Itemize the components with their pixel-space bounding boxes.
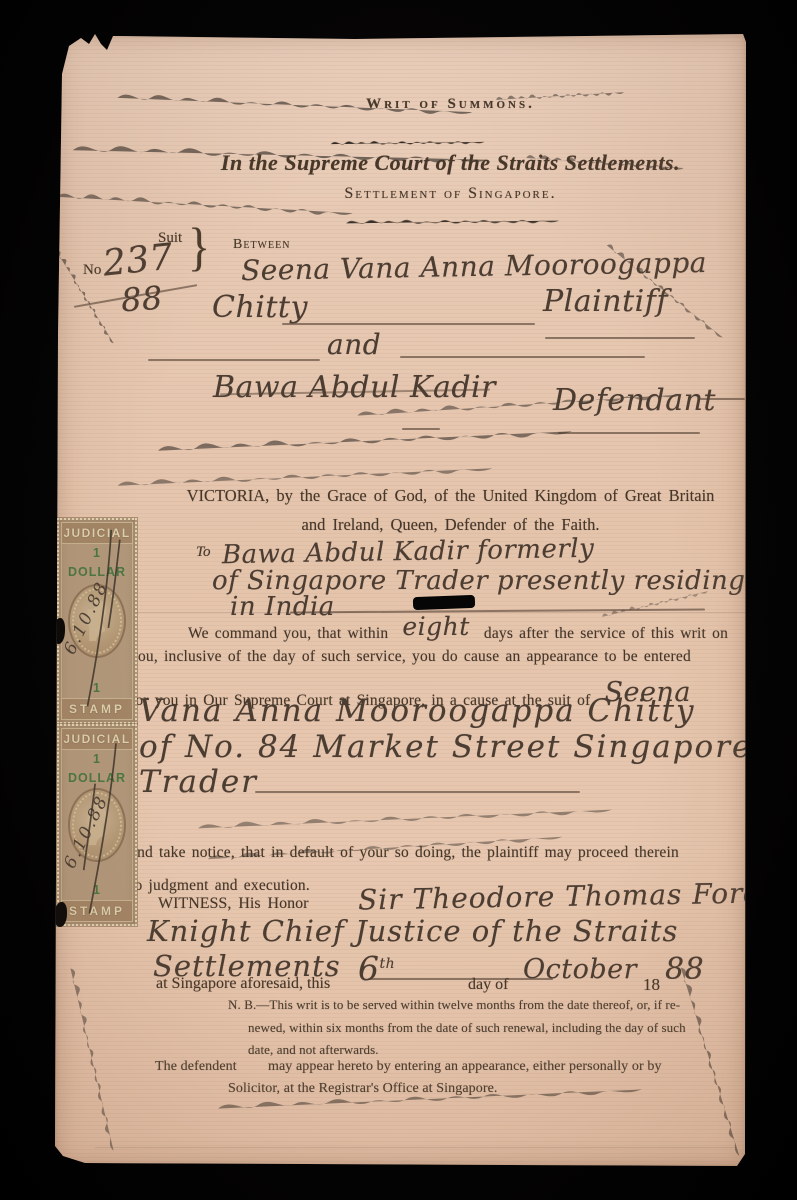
nb-line3: date, and not afterwards. <box>248 1042 379 1058</box>
queen-victoria-portrait-icon <box>68 788 126 862</box>
suitor-line2: of No. 84 Market Street Singapore <box>139 729 752 765</box>
crease-line <box>95 1147 735 1148</box>
plaintiff-name-line1: Seena Vana Anna Mooroogappa <box>241 246 707 287</box>
stamp-bottom-label: STAMP <box>61 900 133 922</box>
bleedthrough-writing <box>670 962 750 1161</box>
footer-line2: Solicitor, at the Registrar's Office at … <box>228 1081 498 1097</box>
bleedthrough-writing <box>155 419 576 464</box>
underline <box>148 359 320 361</box>
bleedthrough-writing <box>195 799 616 840</box>
suit-year: 88 <box>120 279 164 320</box>
underline <box>400 356 645 358</box>
royal-style-line2: and Ireland, Queen, Defender of the Fait… <box>155 515 746 535</box>
day-handwritten: 6th <box>358 949 395 988</box>
witness-name-line2: Knight Chief Justice of the Straits <box>147 914 678 948</box>
suitor-line3: Trader <box>139 764 258 800</box>
command-line2: you, inclusive of the day of such servic… <box>130 648 691 666</box>
underline <box>402 428 440 430</box>
suit-number: 237 <box>101 236 175 284</box>
plaintiff-name-line2: Chitty <box>212 290 308 325</box>
stamp-value-bottom: 1 DOLLAR <box>61 881 133 900</box>
underline <box>558 432 700 434</box>
stamp-value-top: 1 DOLLAR <box>61 750 133 769</box>
document-page: Writ of Summons. In the Supreme Court of… <box>55 34 746 1166</box>
year-printed: 18 <box>643 975 660 995</box>
ink-blot <box>413 595 475 610</box>
day-of-label: day of <box>468 976 508 994</box>
days-handwritten: eight <box>402 612 469 641</box>
notice-line1: and take notice, that in default of your… <box>130 844 679 862</box>
witness-label: WITNESS, His Honor <box>158 895 308 913</box>
stamp-value-bottom: 1 DOLLAR <box>61 679 133 698</box>
day-suffix: th <box>380 956 396 972</box>
dateline-pre: at Singapore aforesaid, this <box>156 975 330 993</box>
command-line1-post: days after the service of this writ on <box>484 625 728 642</box>
addressee-line1: Bawa Abdul Kadir formerly <box>222 534 595 570</box>
royal-style-line1: VICTORIA, by the Grace of God, of the Un… <box>155 486 746 506</box>
command-line1: We command you, that within eight days a… <box>130 615 728 644</box>
stamp-bottom-label: STAMP <box>61 698 133 720</box>
scan-canvas: { "doc": { "header": { "title": "Writ of… <box>0 0 797 1200</box>
footer-line1-pre: The defendent <box>155 1059 237 1074</box>
suit-no-label: No <box>83 262 101 279</box>
and-label: and <box>327 328 381 361</box>
between-label: Between <box>233 237 290 253</box>
underline <box>282 323 535 325</box>
footer-line1-post: may appear hereto by entering an appeara… <box>268 1059 662 1074</box>
witness-name-line1: Sir Theodore Thomas Ford <box>358 876 763 916</box>
nb-line2: newed, within six months from the date o… <box>248 1020 686 1036</box>
defendant-label: Defendant <box>553 383 716 418</box>
suitor-line1: Vana Anna Mooroogappa Chitty <box>139 693 696 729</box>
stamp-top-label: JUDICIAL <box>61 522 133 544</box>
nb-line1: N. B.—This writ is to be served within t… <box>228 997 680 1013</box>
strike-squiggle <box>330 136 485 150</box>
underline <box>700 398 745 400</box>
court-title: In the Supreme Court of the Straits Sett… <box>155 150 746 176</box>
day-number: 6 <box>358 949 380 988</box>
underline <box>545 337 695 339</box>
defendant-name: Bawa Abdul Kadir <box>213 370 496 405</box>
judicial-stamp-2: JUDICIAL 1 DOLLAR 1 DOLLAR STAMP 6.10.88 <box>57 724 137 926</box>
to-label: To <box>196 544 210 561</box>
plaintiff-label: Plaintiff <box>543 284 668 319</box>
settlement-title: Settlement of Singapore. <box>155 185 746 203</box>
flourish-line <box>255 791 580 793</box>
stamp-top-label: JUDICIAL <box>61 728 133 750</box>
command-line1-pre: We command you, that within <box>188 625 388 642</box>
year-handwritten: 88 <box>665 952 704 987</box>
strike-squiggle <box>345 214 560 230</box>
notice-line2: to judgment and execution. <box>130 877 310 895</box>
bleedthrough-writing <box>60 964 125 1155</box>
judicial-stamp-1: JUDICIAL 1 DOLLAR 1 DOLLAR STAMP 6.10.88 <box>57 518 137 724</box>
document-title: Writ of Summons. <box>155 96 746 113</box>
footer-line1: The defendent may appear hereto by enter… <box>155 1059 662 1075</box>
stamp-value-top: 1 DOLLAR <box>61 544 133 563</box>
queen-victoria-portrait-icon <box>68 584 126 658</box>
month-handwritten: October <box>523 954 637 985</box>
suit-brace: } <box>188 216 210 277</box>
